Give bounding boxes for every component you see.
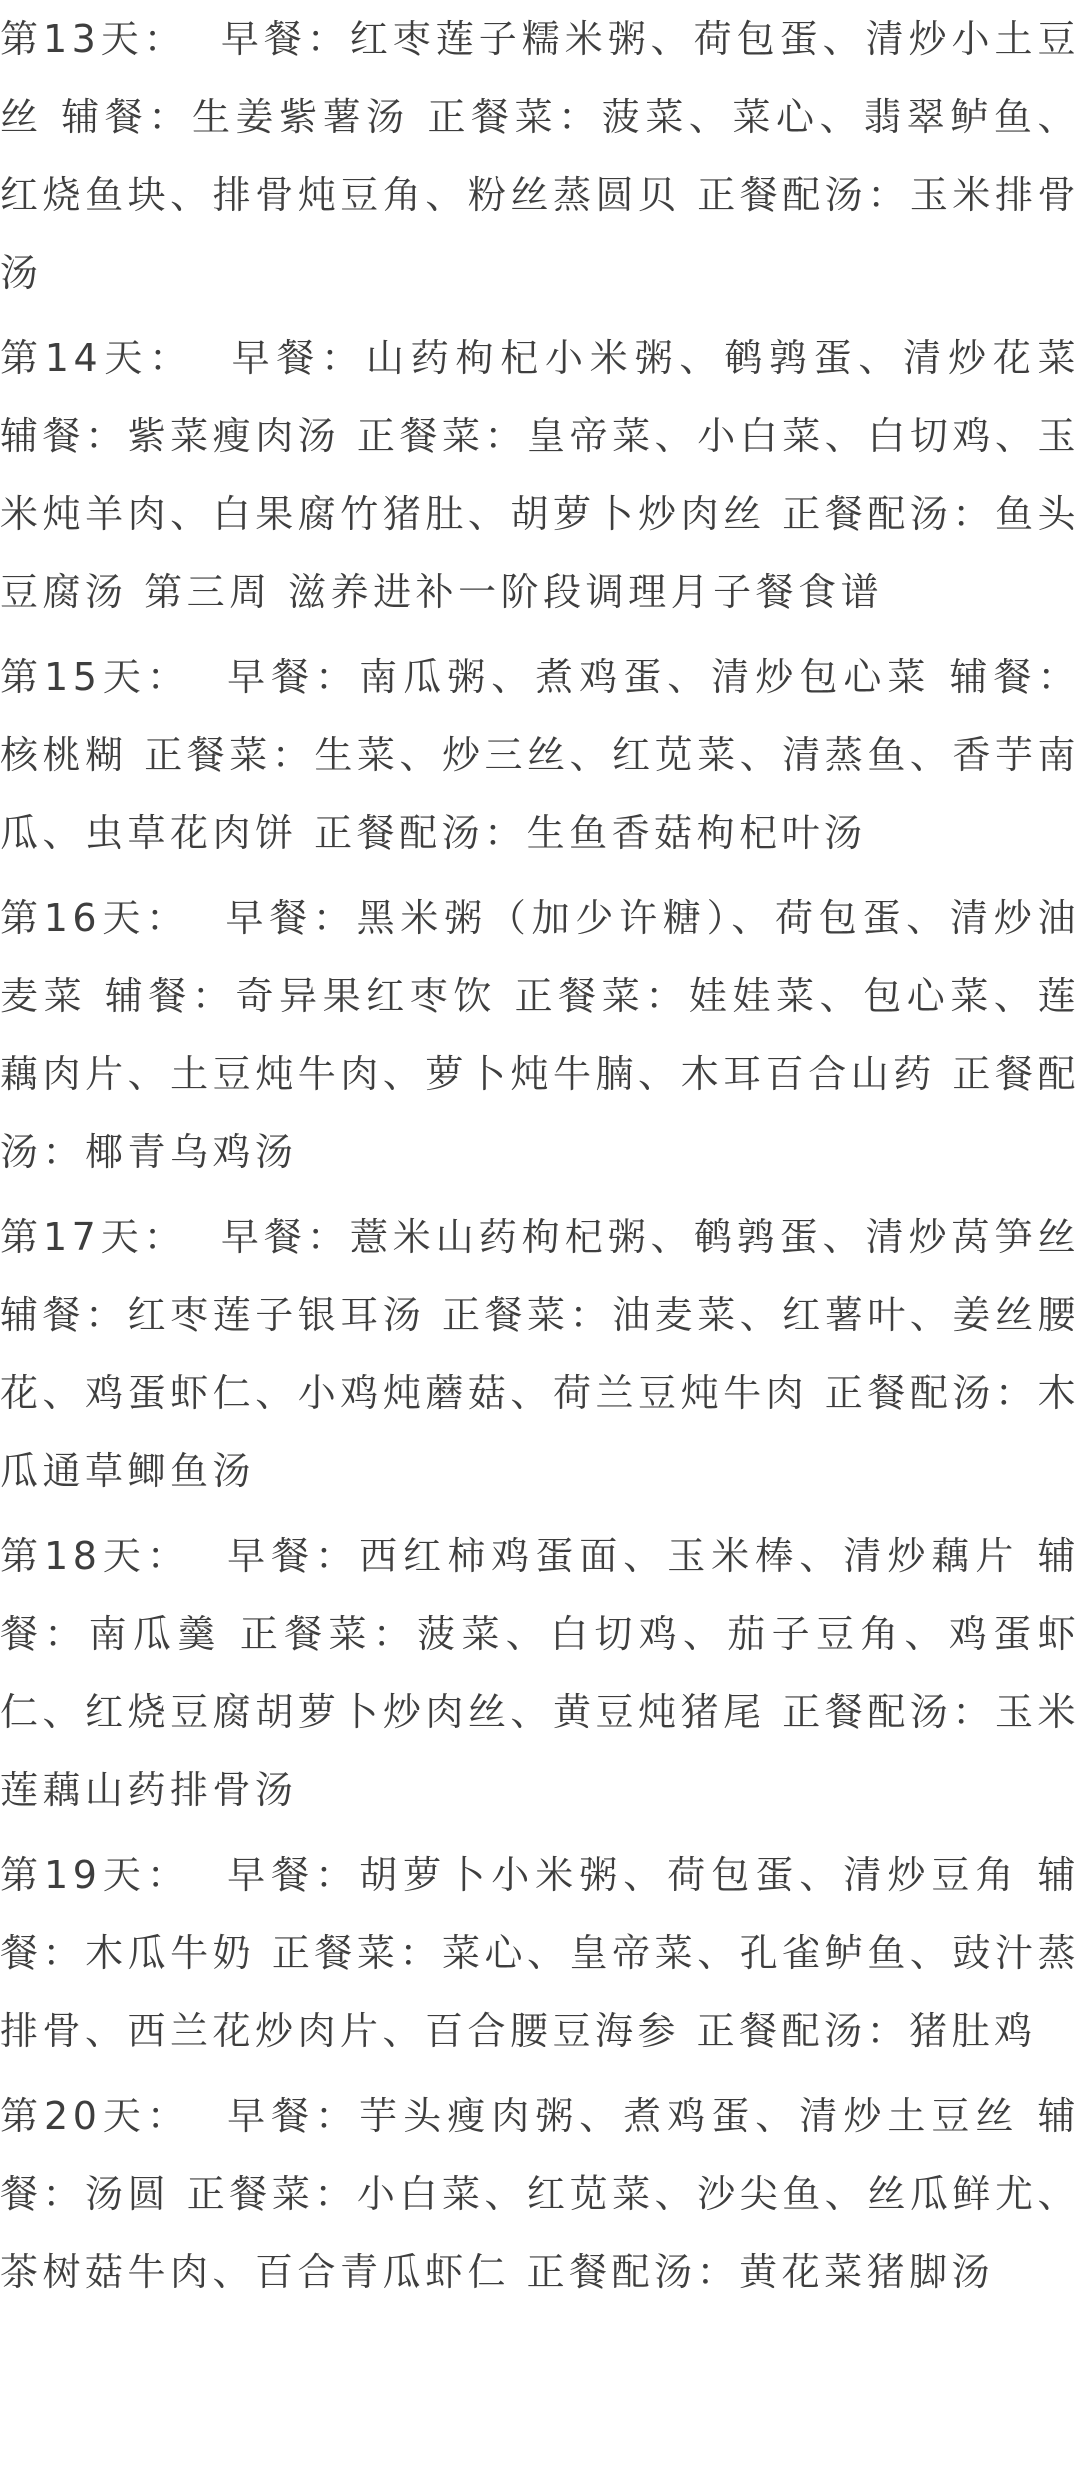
day-20-menu: 第20天： 早餐：芋头瘦肉粥、煮鸡蛋、清炒土豆丝 辅餐：汤圆 正餐菜：小白菜、红… bbox=[0, 2077, 1080, 2311]
day-15-menu: 第15天： 早餐：南瓜粥、煮鸡蛋、清炒包心菜 辅餐：核桃糊 正餐菜：生菜、炒三丝… bbox=[0, 638, 1080, 872]
day-16-menu: 第16天： 早餐：黑米粥（加少许糖）、荷包蛋、清炒油麦菜 辅餐：奇异果红枣饮 正… bbox=[0, 879, 1080, 1191]
article-body: 第13天： 早餐：红枣莲子糯米粥、荷包蛋、清炒小土豆丝 辅餐：生姜紫薯汤 正餐菜… bbox=[0, 0, 1080, 2311]
day-18-menu: 第18天： 早餐：西红柿鸡蛋面、玉米棒、清炒藕片 辅餐：南瓜羹 正餐菜：菠菜、白… bbox=[0, 1517, 1080, 1829]
day-14-menu: 第14天： 早餐：山药枸杞小米粥、鹌鹑蛋、清炒花菜 辅餐：紫菜瘦肉汤 正餐菜：皇… bbox=[0, 319, 1080, 631]
day-17-menu: 第17天： 早餐：薏米山药枸杞粥、鹌鹑蛋、清炒莴笋丝 辅餐：红枣莲子银耳汤 正餐… bbox=[0, 1198, 1080, 1510]
day-13-menu: 第13天： 早餐：红枣莲子糯米粥、荷包蛋、清炒小土豆丝 辅餐：生姜紫薯汤 正餐菜… bbox=[0, 0, 1080, 312]
day-19-menu: 第19天： 早餐：胡萝卜小米粥、荷包蛋、清炒豆角 辅餐：木瓜牛奶 正餐菜：菜心、… bbox=[0, 1836, 1080, 2070]
